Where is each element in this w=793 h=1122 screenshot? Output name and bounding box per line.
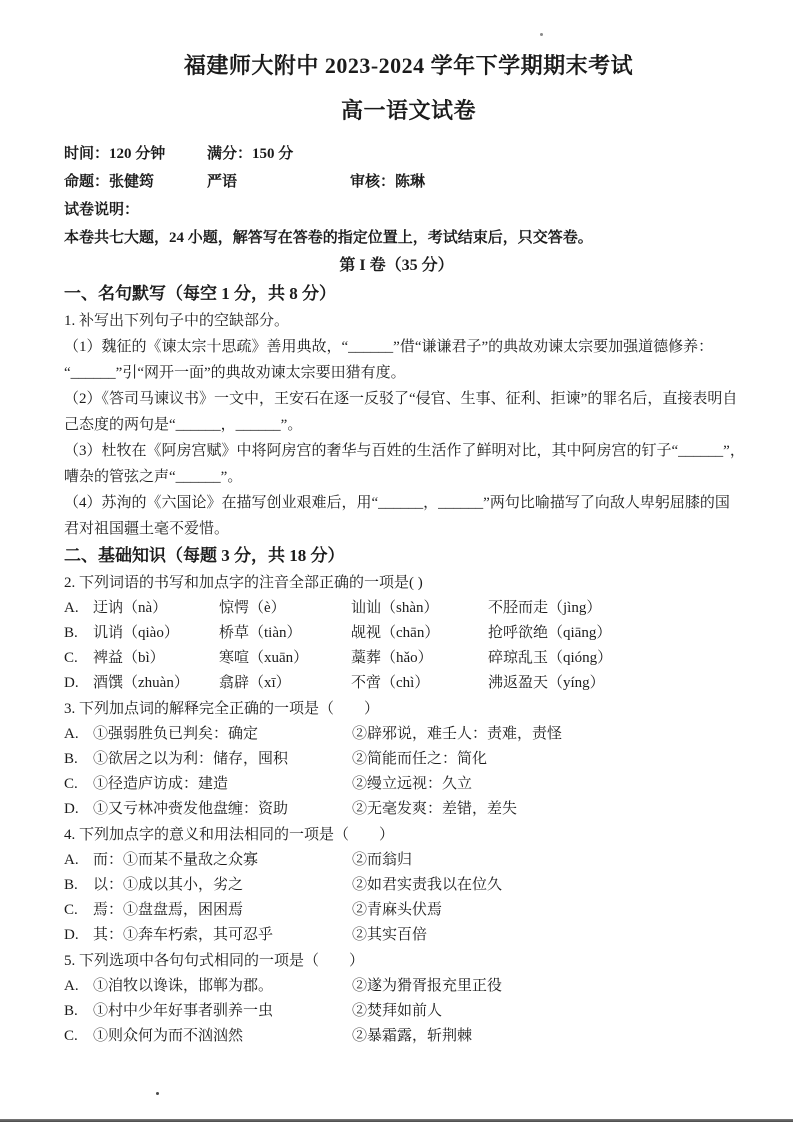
q2-d-word1: 酒馔（zhuàn） <box>93 671 219 696</box>
q4-option-c: C. 焉：①盘盘焉，困困焉 ②青麻头伏焉 <box>64 898 753 923</box>
q3-option-b: B. ①欲居之以为利：储存，囤积 ②简能而任之：简化 <box>64 747 753 772</box>
section2-heading: 二、基础知识（每题 3 分，共 18 分） <box>64 542 753 570</box>
q4-b-phrase2: ②如君实责我以在位久 <box>352 873 502 898</box>
q2-b-word1: 讥诮（qiào） <box>93 621 219 646</box>
option-label: A. <box>64 974 93 999</box>
option-label: A. <box>64 848 93 873</box>
option-label: B. <box>64 873 93 898</box>
q2-d-word4: 沸返盈天（yíng） <box>488 671 605 696</box>
scan-artifact-dot <box>156 1092 159 1095</box>
q2-b-word4: 抢呼欲绝（qiāng） <box>488 621 611 646</box>
q2-d-word2: 翕辟（xī） <box>219 671 351 696</box>
q2-c-word1: 裨益（bì） <box>93 646 219 671</box>
q2-c-word3: 藁葬（hǎo） <box>351 646 488 671</box>
q1-item2-line1: （2）《答司马谏议书》一文中，王安石在逐一反驳了“侵官、生事、征利、拒谏”的罪名… <box>64 386 753 412</box>
option-label: B. <box>64 999 93 1024</box>
q1-item4-line1: （4）苏洵的《六国论》在描写创业艰难后，用“______，______”两句比喻… <box>64 490 753 516</box>
section1-heading: 一、名句默写（每空 1 分，共 8 分） <box>64 280 753 308</box>
q5-a-phrase1: ①洎牧以谗诛，邯郸为郡。 <box>93 974 352 999</box>
q2-a-word3: 讪讪（shàn） <box>351 596 488 621</box>
q5-intro: 5. 下列选项中各句句式相同的一项是（ ） <box>64 948 753 974</box>
q2-a-word2: 惊愕（è） <box>219 596 351 621</box>
q4-a-phrase2: ②而翁归 <box>352 848 412 873</box>
q4-intro: 4. 下列加点字的意义和用法相同的一项是（ ） <box>64 822 753 848</box>
q4-option-d: D. 其：①奔车朽索，其可忍乎 ②其实百倍 <box>64 923 753 948</box>
q1-item1-line2: “______”引“网开一面”的典故劝谏太宗要田猎有度。 <box>64 360 753 386</box>
exam-reviewer: 审核：陈琳 <box>350 168 425 196</box>
option-label: B. <box>64 621 93 646</box>
option-label: B. <box>64 747 93 772</box>
q1-item2-line2: 己态度的两句是“______，______”。 <box>64 412 753 438</box>
exam-setter: 命题：张健筠 <box>64 168 207 196</box>
option-label: C. <box>64 772 93 797</box>
q5-c-phrase2: ②暴霜露，斩荆棘 <box>352 1024 472 1049</box>
q4-c-phrase2: ②青麻头伏焉 <box>352 898 442 923</box>
option-label: A. <box>64 596 93 621</box>
q3-b-phrase2: ②简能而任之：简化 <box>352 747 487 772</box>
q5-option-c: C. ①则众何为而不汹汹然 ②暴霜露，斩荆棘 <box>64 1024 753 1049</box>
q5-option-b: B. ①村中少年好事者驯养一虫 ②焚拜如前人 <box>64 999 753 1024</box>
q3-option-a: A. ①强弱胜负已判矣：确定 ②辟邪说，难壬人：责难，责怪 <box>64 722 753 747</box>
q3-a-phrase1: ①强弱胜负已判矣：确定 <box>93 722 352 747</box>
option-label: C. <box>64 646 93 671</box>
exam-duration: 时间：120 分钟 <box>64 140 207 168</box>
q2-option-a: A. 迂讷（nà） 惊愕（è） 讪讪（shàn） 不胫而走（jìng） <box>64 596 753 621</box>
q1-item4-line2: 君对祖国疆土毫不爱惜。 <box>64 516 753 542</box>
q2-c-word2: 寒喧（xuān） <box>219 646 351 671</box>
q2-intro: 2. 下列词语的书写和加点字的注音全部正确的一项是( ) <box>64 570 753 596</box>
q2-c-word4: 碎琼乱玉（qióng） <box>488 646 612 671</box>
option-label: A. <box>64 722 93 747</box>
q5-option-a: A. ①洎牧以谗诛，邯郸为郡。 ②遂为猾胥报充里正役 <box>64 974 753 999</box>
q2-a-word1: 迂讷（nà） <box>93 596 219 621</box>
q4-option-b: B. 以：①成以其小，劣之 ②如君实责我以在位久 <box>64 873 753 898</box>
volume-heading: 第 I 卷（35 分） <box>64 252 729 280</box>
q5-b-phrase2: ②焚拜如前人 <box>352 999 442 1024</box>
q3-c-phrase2: ②缦立远视：久立 <box>352 772 472 797</box>
q2-option-b: B. 讥诮（qiào） 桥草（tiàn） 觇视（chān） 抢呼欲绝（qiāng… <box>64 621 753 646</box>
q5-a-phrase2: ②遂为猾胥报充里正役 <box>352 974 502 999</box>
option-label: C. <box>64 1024 93 1049</box>
q3-option-c: C. ①径造庐访成：建造 ②缦立远视：久立 <box>64 772 753 797</box>
q4-a-phrase1: 而：①而某不量敌之众寡 <box>93 848 352 873</box>
q5-c-phrase1: ①则众何为而不汹汹然 <box>93 1024 352 1049</box>
q2-b-word3: 觇视（chān） <box>351 621 488 646</box>
q4-option-a: A. 而：①而某不量敌之众寡 ②而翁归 <box>64 848 753 873</box>
q1-item3-line1: （3）杜牧在《阿房宫赋》中将阿房宫的奢华与百姓的生活作了鲜明对比，其中阿房宫的钉… <box>64 438 753 464</box>
exam-setter-2: 严语 <box>207 168 350 196</box>
q5-b-phrase1: ①村中少年好事者驯养一虫 <box>93 999 352 1024</box>
paper-note: 本卷共七大题，24 小题，解答写在答卷的指定位置上，考试结束后，只交答卷。 <box>64 224 753 252</box>
q4-b-phrase1: 以：①成以其小，劣之 <box>93 873 352 898</box>
q4-d-phrase1: 其：①奔车朽索，其可忍乎 <box>93 923 352 948</box>
option-label: C. <box>64 898 93 923</box>
meta-row-people: 命题：张健筠 严语 审核：陈琳 <box>64 168 753 196</box>
exam-paper-page: 福建师大附中 2023-2024 学年下学期期末考试 高一语文试卷 时间：120… <box>0 0 793 1049</box>
exam-title: 福建师大附中 2023-2024 学年下学期期末考试 <box>64 50 753 82</box>
q2-a-word4: 不胫而走（jìng） <box>488 596 601 621</box>
q2-d-word3: 不啻（chì） <box>351 671 488 696</box>
q1-intro: 1. 补写出下列句子中的空缺部分。 <box>64 308 753 334</box>
option-label: D. <box>64 797 93 822</box>
q2-option-c: C. 裨益（bì） 寒喧（xuān） 藁葬（hǎo） 碎琼乱玉（qióng） <box>64 646 753 671</box>
q3-b-phrase1: ①欲居之以为利：储存，囤积 <box>93 747 352 772</box>
scan-artifact-dot <box>540 33 543 36</box>
exam-full-score: 满分：150 分 <box>207 140 293 168</box>
option-label: D. <box>64 923 93 948</box>
q4-d-phrase2: ②其实百倍 <box>352 923 427 948</box>
q3-d-phrase1: ①又亏林冲赍发他盘缠：资助 <box>93 797 352 822</box>
q3-d-phrase2: ②无毫发爽：差错，差失 <box>352 797 517 822</box>
paper-note-label: 试卷说明： <box>64 196 753 224</box>
q1-item1-line1: （1）魏征的《谏太宗十思疏》善用典故，“______”借“谦谦君子”的典故劝谏太… <box>64 334 753 360</box>
q1-item3-line2: 嘈杂的管弦之声“______”。 <box>64 464 753 490</box>
exam-meta: 时间：120 分钟 满分：150 分 命题：张健筠 严语 审核：陈琳 试卷说明：… <box>64 140 753 252</box>
q2-option-d: D. 酒馔（zhuàn） 翕辟（xī） 不啻（chì） 沸返盈天（yíng） <box>64 671 753 696</box>
q3-c-phrase1: ①径造庐访成：建造 <box>93 772 352 797</box>
meta-row-time: 时间：120 分钟 满分：150 分 <box>64 140 753 168</box>
q2-b-word2: 桥草（tiàn） <box>219 621 351 646</box>
q3-a-phrase2: ②辟邪说，难壬人：责难，责怪 <box>352 722 562 747</box>
option-label: D. <box>64 671 93 696</box>
q3-option-d: D. ①又亏林冲赍发他盘缠：资助 ②无毫发爽：差错，差失 <box>64 797 753 822</box>
q4-c-phrase1: 焉：①盘盘焉，困困焉 <box>93 898 352 923</box>
exam-subtitle: 高一语文试卷 <box>64 95 753 127</box>
q3-intro: 3. 下列加点词的解释完全正确的一项是（ ） <box>64 696 753 722</box>
